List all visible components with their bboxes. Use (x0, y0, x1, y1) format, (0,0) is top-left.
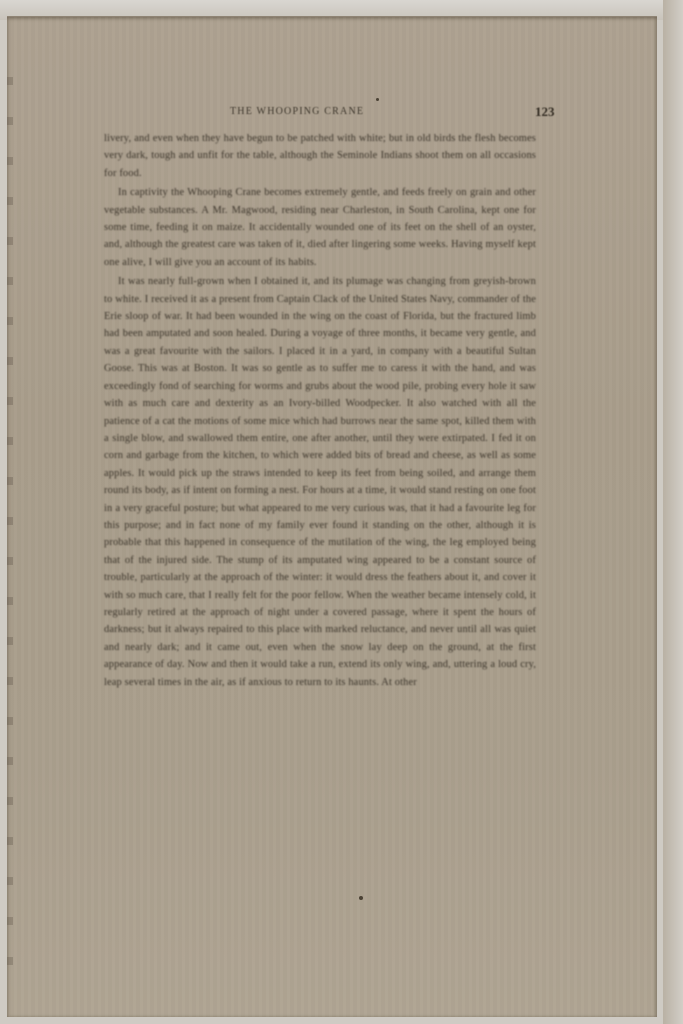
page-edge-wear (7, 77, 13, 977)
body-text: livery, and even when they have begun to… (104, 130, 536, 691)
paragraph: It was nearly full-grown when I obtained… (104, 273, 536, 691)
paragraph: livery, and even when they have begun to… (104, 130, 536, 182)
ink-speck (359, 896, 363, 900)
scan-background-right (663, 0, 683, 1024)
ink-speck (376, 98, 379, 101)
paragraph: In captivity the Whooping Crane becomes … (104, 184, 536, 271)
running-head: THE WHOOPING CRANE (230, 106, 364, 117)
page-number: 123 (535, 104, 555, 120)
